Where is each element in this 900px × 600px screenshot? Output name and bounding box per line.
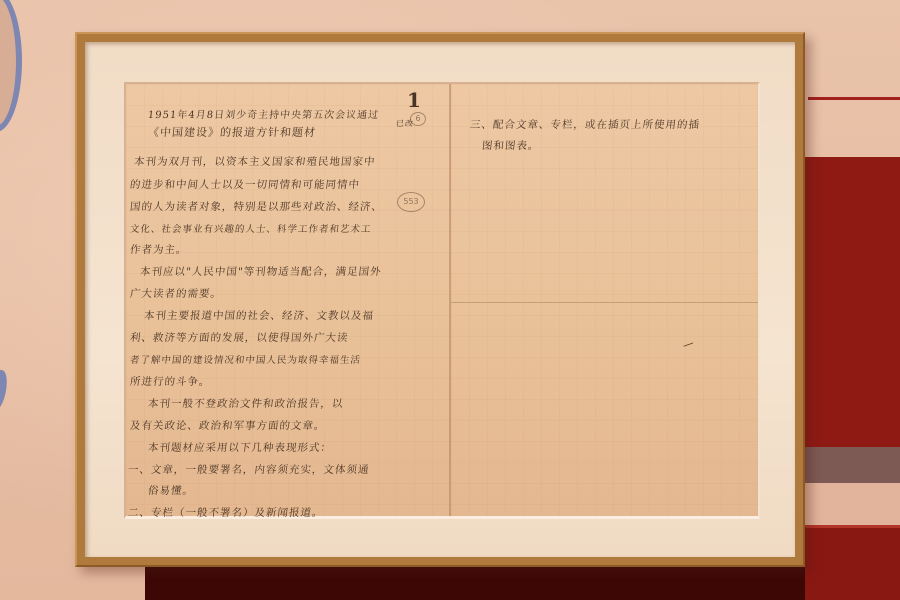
body-line: 本刊应以"人民中国"等刊物适当配合，满足国外 [139, 264, 382, 279]
body-line: 利、救济等方面的发展，以使得国外广大读 [129, 330, 349, 345]
body-line: 所进行的斗争。 [129, 374, 211, 389]
mat-window: 1 6 553 1951年4月8日刘少奇主持中央第五次会议通过 已改 《中国建设… [124, 82, 760, 519]
body-line: 作者为主。 [129, 242, 188, 257]
body-line: 的进步和中间人士以及一切同情和可能同情中 [129, 177, 361, 192]
wall-red-stripe [808, 97, 900, 100]
title-annotation: 已改 [395, 118, 414, 129]
wall-red-base [805, 525, 900, 600]
page-number: 1 [407, 88, 421, 112]
body-line: 国的人为读者对象，特别是以那些对政治、经济、 [129, 199, 384, 214]
body-line: 本刊主要报道中国的社会、经济、文教以及福 [143, 308, 375, 323]
paper-crease [451, 302, 758, 303]
body-line: 者了解中国的建设情况和中国人民为取得幸福生活 [129, 352, 361, 366]
body-line: 本刊一般不登政治文件和政治报告，以 [147, 396, 344, 411]
wall-red-panel [805, 157, 900, 449]
body-line-right: 图和图表。 [481, 138, 540, 153]
body-line: 二、专栏（一般不署名）及新闻报道。 [127, 505, 324, 520]
body-line: 及有关政论、政治和军事方面的文章。 [129, 418, 326, 433]
body-line: 广大读者的需要。 [129, 286, 223, 301]
wall-light-band [805, 483, 900, 525]
body-line-right: 三、配合文章、专栏，或在插页上所使用的插 [469, 117, 701, 132]
manuscript-title-line-1: 1951年4月8日刘少奇主持中央第五次会议通过 [147, 106, 380, 121]
body-line: 文化、社会事业有兴趣的人士、科学工作者和艺术工 [129, 221, 372, 235]
manuscript-title-line-2: 《中国建设》的报道方针和题材 [147, 124, 317, 140]
picture-frame: 1 6 553 1951年4月8日刘少奇主持中央第五次会议通过 已改 《中国建设… [75, 32, 805, 567]
body-line: 俗易懂。 [147, 483, 195, 498]
body-line: 本刊题材应采用以下几种表现形式： [147, 440, 333, 455]
body-line: 一、文章，一般要署名，内容须充实，文体须通 [127, 462, 370, 477]
wall-grey-band [805, 447, 900, 483]
paper-fold [449, 84, 451, 516]
body-line: 本刊为双月刊，以资本主义国家和殖民地国家中 [133, 154, 376, 169]
display-shelf-dark [145, 567, 805, 600]
frame-mat: 1 6 553 1951年4月8日刘少奇主持中央第五次会议通过 已改 《中国建设… [85, 42, 795, 557]
stamp-archive-number: 553 [397, 192, 425, 212]
